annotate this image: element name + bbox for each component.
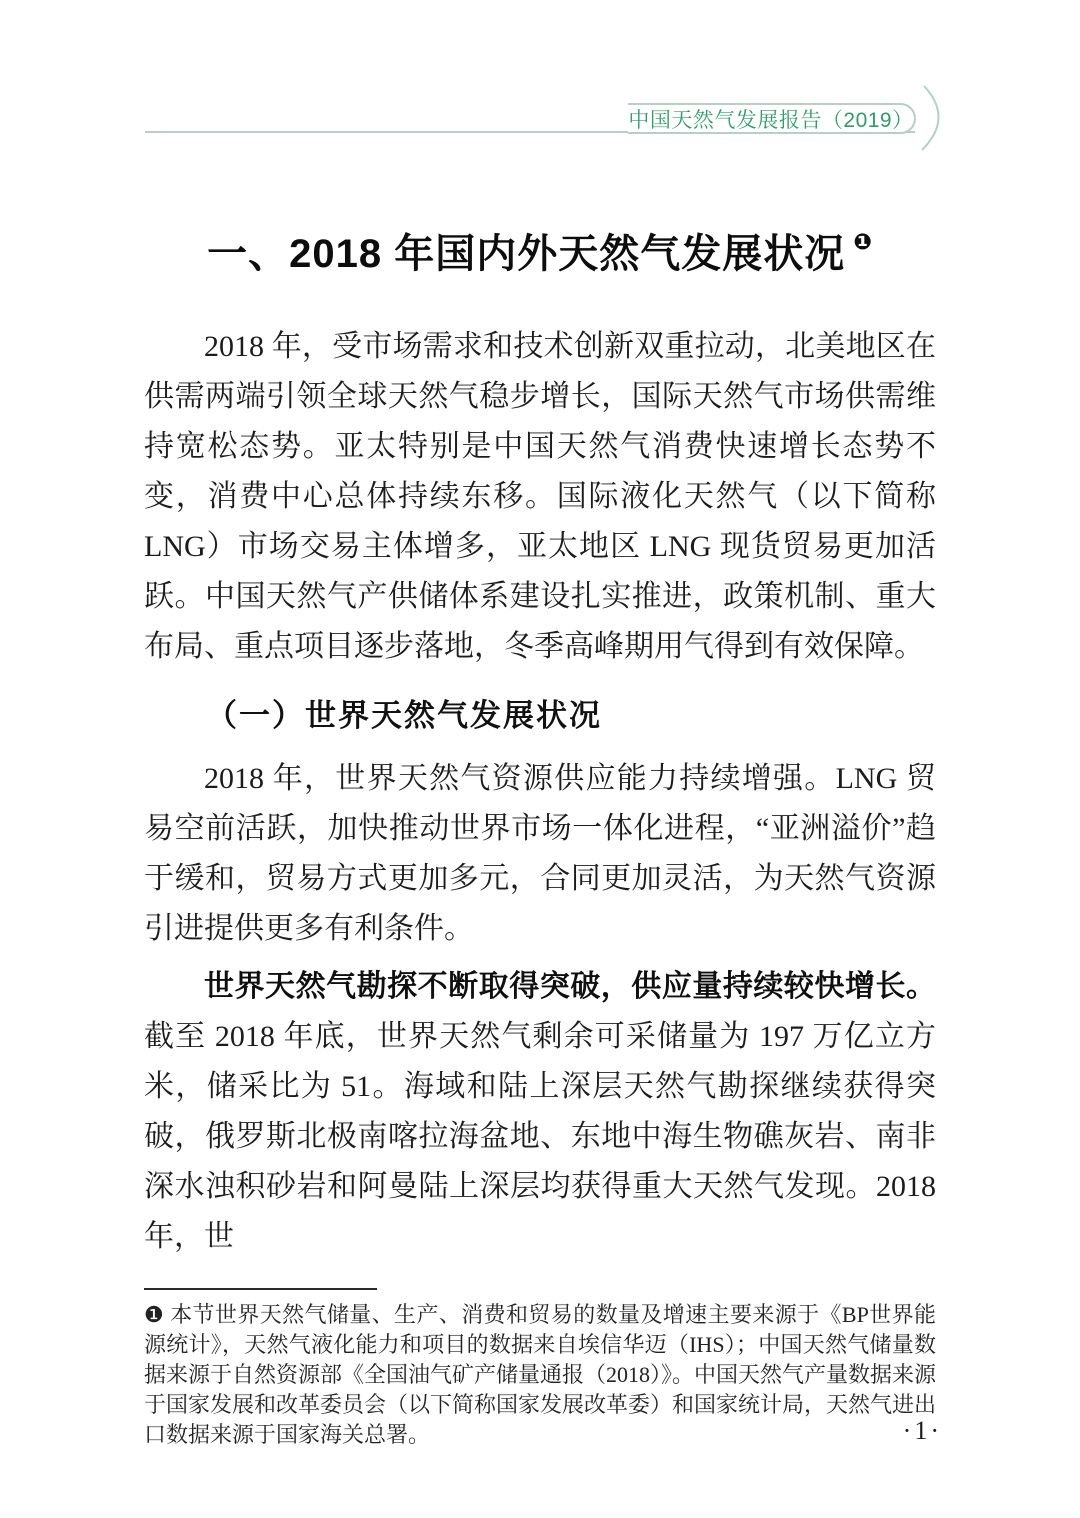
header-title-box: 中国天然气发展报告（2019） xyxy=(628,103,916,134)
footnote-reference-icon: ❶ xyxy=(853,229,873,254)
paragraph: 2018 年，受市场需求和技术创新双重拉动，北美地区在供需两端引领全球天然气稳步… xyxy=(144,322,936,672)
report-title: 中国天然气发展报告（2019） xyxy=(628,104,913,134)
document-page: 中国天然气发展报告（2019） 一、2018 年国内外天然气发展状况❶ 2018… xyxy=(0,0,1080,1518)
footnote-separator xyxy=(144,1288,377,1290)
page-header: 中国天然气发展报告（2019） xyxy=(0,0,1080,140)
footnote-marker-icon: ❶ xyxy=(144,1302,164,1327)
paragraph-lead-sentence: 世界天然气勘探不断取得突破，供应量持续较快增长。 xyxy=(204,970,936,1003)
page-content: 2018 年，受市场需求和技术创新双重拉动，北美地区在供需两端引领全球天然气稳步… xyxy=(0,322,1080,1450)
footnote: ❶本节世界天然气储量、生产、消费和贸易的数量及增速主要来源于《BP世界能源统计》… xyxy=(144,1300,936,1450)
section-heading: （一）世界天然气发展状况 xyxy=(144,692,936,740)
chapter-title-text: 一、2018 年国内外天然气发展状况 xyxy=(207,232,845,276)
page-number: ·1· xyxy=(903,1416,942,1446)
paragraph-body-text: 截至 2018 年底，世界天然气剩余可采储量为 197 万亿立方米，储采比为 5… xyxy=(144,1020,936,1253)
footnote-text: 本节世界天然气储量、生产、消费和贸易的数量及增速主要来源于《BP世界能源统计》，… xyxy=(144,1302,936,1447)
paragraph: 2018 年，世界天然气资源供应能力持续增强。LNG 贸易空前活跃，加快推动世界… xyxy=(144,754,936,954)
paragraph: 世界天然气勘探不断取得突破，供应量持续较快增长。截至 2018 年底，世界天然气… xyxy=(144,962,936,1262)
